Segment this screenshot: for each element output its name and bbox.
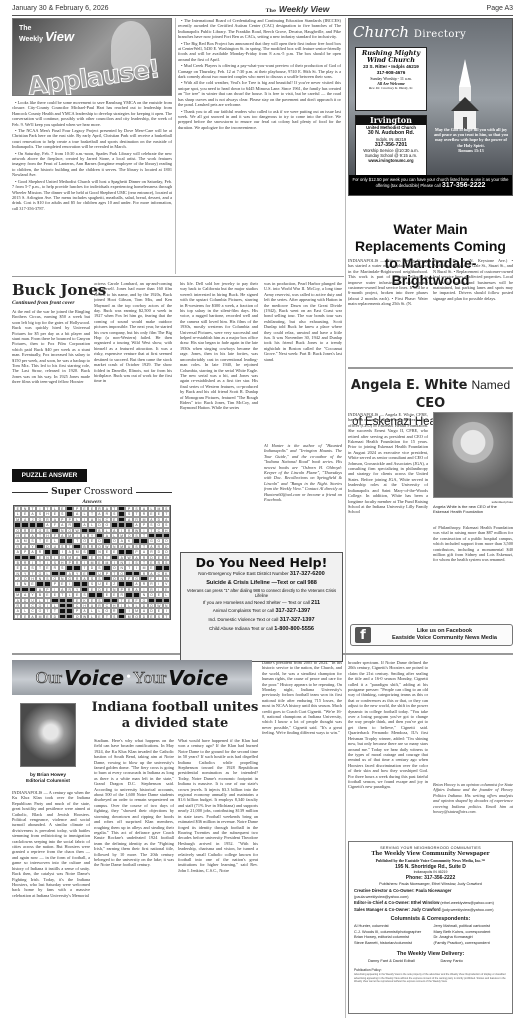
angela-white-photo (433, 412, 513, 498)
buck-jones-headline: Buck Jones (12, 281, 106, 299)
weekly-view-logo: TheWeekly View (19, 25, 74, 44)
crossword-cell: A (29, 614, 36, 619)
crossword-cell: O (73, 614, 80, 619)
byline: by Brian HoweyEditorial Columnist (12, 773, 84, 785)
photo-caption: Angela White is the new CEO of the Esken… (433, 504, 513, 514)
crossword-cell (118, 614, 125, 619)
continued-label: Continued from front cover (12, 300, 75, 306)
help-line: Veterans can press "1" after dialing 988… (181, 588, 342, 599)
crossword-cell: S (155, 614, 162, 619)
church-directory: Church Directory Rushing Mighty Wind Chu… (348, 18, 513, 196)
bible-verse: May the God of hope fill you with all jo… (433, 127, 509, 153)
author-bio: Al Hunter is the author of "Haunted Indi… (264, 443, 342, 549)
applause-column-2: • The International Board of Credentiali… (178, 18, 341, 272)
irvington-website-link: www.irvingtonumc.org (356, 158, 426, 163)
water-main-col-2: Sherman Dr. to N. Keystone Ave.) • Addit… (433, 258, 513, 344)
issue-date: January 30 & February 6, 2026 (12, 5, 109, 12)
crossword-cell (59, 614, 66, 619)
applause-word: Applause! (26, 54, 161, 96)
buck-jones-col-4: was in production, Pearl Harbor plunged … (264, 281, 342, 381)
facebook-follow-banner[interactable]: f Like us on FacebookEastside Voice Comm… (350, 624, 513, 646)
columnist-photo (20, 703, 76, 767)
crossword-cell (66, 614, 73, 619)
help-line: Animal Complaints Text or call 317-327-1… (181, 607, 342, 616)
page-number: Page A3 (487, 5, 513, 12)
indiana-football-headline: Indiana football unites a divided state (90, 700, 260, 732)
angela-white-col-2: of Philanthropy. Eskenazi Health Foundat… (433, 525, 513, 620)
crossword-cell: T (103, 614, 110, 619)
masthead: The Weekly View (266, 4, 330, 14)
angela-white-col-1: INDIANAPOLIS — Angela E. White, CFRE, ha… (348, 412, 428, 620)
editorial-col-1: INDIANAPOLIS — A century ago when the Ku… (12, 790, 90, 1020)
help-line: Child Abuse Indiana Text or call 1-800-8… (181, 625, 342, 634)
facebook-icon: f (355, 627, 371, 643)
rushing-mighty-wind-ad: Rushing Mighty Wind Church 23 S. Ritter … (355, 47, 427, 111)
church-steeple-icon (445, 59, 485, 129)
applause-banner: TheWeekly View Applause! (12, 18, 172, 96)
crossword-cell: W (81, 614, 88, 619)
help-line: Ind. Domestic Violence Text or call 317-… (181, 616, 342, 625)
our-voice-banner: OurVoice•YourVoice (12, 660, 252, 695)
crossword-cell: E (96, 614, 103, 619)
crossword-cell: E (21, 614, 28, 619)
editorial-col-3: What would have happened if the Klan had… (178, 738, 258, 1020)
columnist-bio: Brian Howey is an opinion columnist for … (433, 782, 513, 838)
church-directory-title: Church Directory (353, 23, 466, 41)
publication-info-box: SERVING YOUR NEIGHBORHOOD COMMUNITIES Th… (348, 841, 513, 1014)
crossword-answer-grid: ENTITLEPEERATPSALMSLEASHESALTARSSTREETMA… (13, 505, 171, 620)
buck-jones-col-1: At the end of the war he joined the Ring… (12, 309, 90, 464)
crossword-cell: M (36, 614, 43, 619)
page-header: January 30 & February 6, 2026 The Weekly… (12, 2, 513, 16)
help-line: Non-Emergency Police East District Numbe… (181, 570, 342, 579)
crossword-cell: E (44, 614, 51, 619)
crossword-cell: S (111, 614, 118, 619)
buck-jones-col-3: his life. Dell sold her jewelry to pay t… (180, 281, 258, 549)
editorial-col-4: Dame's president from 2005 to 2024. "In … (262, 660, 342, 820)
crossword-cell: O (133, 614, 140, 619)
church-listing-promo: For only $12.50 per week you can have yo… (349, 175, 512, 195)
crossword-cell: D (140, 614, 147, 619)
crossword-cell: L (88, 614, 95, 619)
applause-column-1: • Looks like there could be some movemen… (12, 100, 172, 260)
editorial-col-2: Stadium. Here's why what happens on the … (94, 738, 174, 1020)
irvington-umc-ad: Irvington United Methodist Church 30 N. … (355, 115, 427, 177)
editorial-col-5: broader spectrum. If Notre Dame defined … (348, 660, 428, 838)
crossword-cell: D (51, 614, 58, 619)
puzzle-answer-label: PUZZLE ANSWER (12, 469, 87, 482)
crossword-cell: T (14, 614, 21, 619)
help-line: Suicide & Crisis Lifeline —Text or call … (181, 579, 342, 588)
crossword-cell: M (125, 614, 132, 619)
water-main-col-1: INDIANAPOLIS — Citizens Energy Group has… (348, 258, 428, 344)
buck-jones-col-2: actress Carole Lombard, an up-and-coming… (94, 281, 172, 481)
help-line: If you are Homeless and Need Shelter — T… (181, 599, 342, 608)
help-resources-box: Do You Need Help! Non-Emergency Police E… (180, 552, 343, 662)
crossword-cell: T (163, 614, 170, 619)
crossword-cell: E (148, 614, 155, 619)
super-crossword-title: Super Crossword (12, 487, 172, 497)
